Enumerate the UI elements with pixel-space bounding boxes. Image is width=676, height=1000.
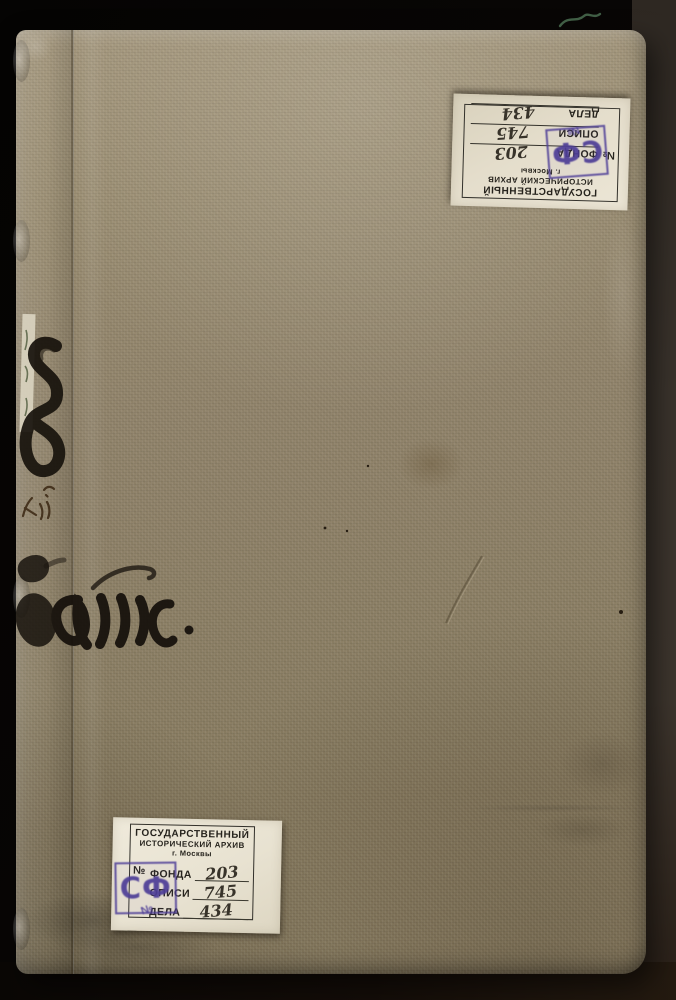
stamp-text: СФ [119, 871, 172, 906]
archive-label-top: ГОСУДАРСТВЕННЫЙ ИСТОРИЧЕСКИЙ АРХИВ г. Мо… [450, 94, 630, 211]
field-row-dela: ДЕЛА 434 [471, 103, 600, 127]
field-underline: 745 [193, 882, 249, 901]
field-value-handwritten: 434 [501, 103, 536, 122]
corner-wear [18, 32, 52, 62]
wrinkle-shadow [56, 928, 216, 966]
crease-shadow [466, 804, 642, 812]
field-value-handwritten: 203 [494, 143, 529, 162]
stamp-text: СФ [550, 133, 605, 171]
stain-mark [398, 438, 464, 490]
field-value-handwritten: 745 [495, 123, 530, 142]
spine-raised-band [13, 220, 30, 262]
spine-seam [71, 30, 73, 974]
field-underline: 203 [195, 863, 250, 882]
field-value-handwritten: 745 [204, 883, 239, 902]
field-value-handwritten: 203 [205, 864, 240, 883]
field-value-handwritten: 434 [199, 902, 234, 921]
field-underline: 434 [183, 901, 248, 920]
sf-stamp: СФ № [545, 125, 609, 179]
stain-mark [560, 733, 644, 795]
book-spine [16, 30, 74, 974]
field-underline: 434 [471, 104, 565, 124]
cloth-sheen [78, 30, 106, 974]
field-underline: 745 [470, 124, 555, 143]
spine-raised-band [13, 576, 30, 618]
archive-book-photo: ГОСУДАРСТВЕННЫЙ ИСТОРИЧЕСКИЙ АРХИВ г. Мо… [0, 0, 676, 1000]
archive-label-bottom: ГОСУДАРСТВЕННЫЙ ИСТОРИЧЕСКИЙ АРХИВ г. Мо… [111, 817, 282, 934]
worn-light-patch [602, 210, 644, 380]
stain-mark [536, 813, 630, 847]
sf-stamp: СФ № [114, 862, 177, 915]
field-label: ДЕЛА [565, 107, 599, 120]
green-thread [560, 14, 600, 26]
field-underline: 203 [470, 144, 554, 163]
